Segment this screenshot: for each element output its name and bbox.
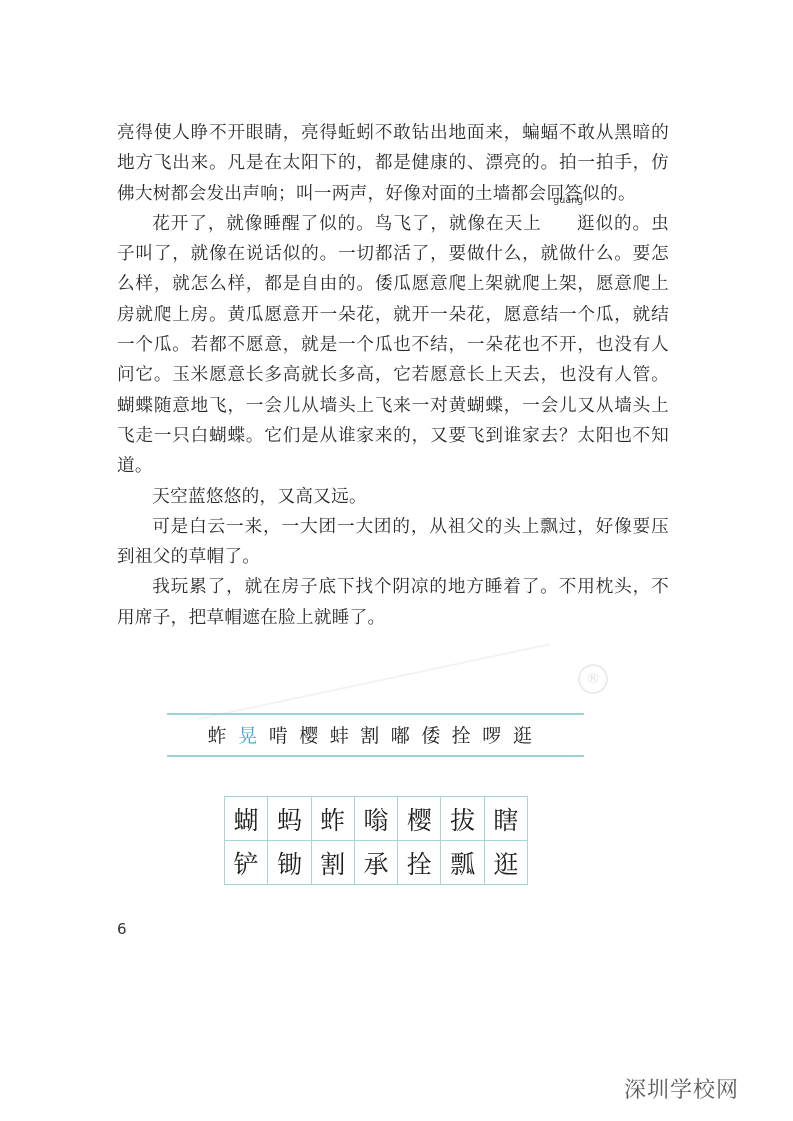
recognize-char: 逛 — [513, 725, 544, 747]
write-char-cell: 拴 — [398, 841, 441, 885]
write-char-cell: 蝴 — [225, 797, 268, 841]
write-char-cell: 承 — [355, 841, 398, 885]
write-char-cell: 嗡 — [355, 797, 398, 841]
write-char-cell: 铲 — [225, 841, 268, 885]
recognize-char: 晃 — [238, 725, 269, 747]
band-top-rule — [167, 713, 584, 715]
pinyin-annotated-char: guàng逛 — [542, 209, 595, 239]
paragraph-4: 可是白云一来，一大团一大团的，从祖父的头上飘过，好像要压到祖父的草帽了。 — [117, 512, 669, 573]
write-char-cell: 蚂 — [268, 797, 311, 841]
site-watermark: 深圳学校网 — [624, 1073, 739, 1104]
recognize-char: 樱 — [299, 725, 330, 747]
recognize-char: 倭 — [421, 725, 452, 747]
write-char-cell: 逛 — [485, 841, 528, 885]
textbook-page: 亮得使人睁不开眼睛，亮得蚯蚓不敢钻出地面来，蝙蝠不敢从黑暗的地方飞出来。凡是在太… — [0, 0, 793, 1121]
write-char-cell: 拔 — [441, 797, 484, 841]
annotated-char: 逛 — [577, 214, 595, 234]
recognize-char: 蚱 — [208, 725, 239, 747]
write-char-cell: 樱 — [398, 797, 441, 841]
paragraph-5: 我玩累了，就在房子底下找个阴凉的地方睡着了。不用枕头，不用席子，把草帽遮在脸上就… — [117, 572, 669, 633]
passage-text: 亮得使人睁不开眼睛，亮得蚯蚓不敢钻出地面来，蝙蝠不敢从黑暗的地方飞出来。凡是在太… — [117, 118, 669, 633]
pinyin-annotation: guàng — [553, 196, 583, 206]
write-char-cell: 割 — [312, 841, 355, 885]
watermark-stroke — [197, 643, 562, 778]
recognize-characters-list: 蚱晃啃樱蚌割嘟倭拴啰逛 — [167, 721, 584, 748]
registered-watermark-icon: ® — [578, 664, 608, 694]
write-char-cell: 瓢 — [441, 841, 484, 885]
paragraph-2: 花开了，就像睡醒了似的。鸟飞了，就像在天上guàng逛似的。虫子叫了，就像在说话… — [117, 209, 669, 482]
recognize-char: 蚌 — [330, 725, 361, 747]
recognize-char: 嘟 — [391, 725, 422, 747]
writing-characters-grid: 蝴蚂蚱嗡樱拔瞎铲锄割承拴瓢逛 — [224, 796, 528, 885]
recognize-char: 啃 — [269, 725, 300, 747]
write-char-cell: 锄 — [268, 841, 311, 885]
write-char-cell: 瞎 — [485, 797, 528, 841]
recognize-characters-band: 蚱晃啃樱蚌割嘟倭拴啰逛 — [167, 713, 584, 757]
write-char-cell: 蚱 — [312, 797, 355, 841]
recognize-char: 割 — [360, 725, 391, 747]
recognize-char: 啰 — [482, 725, 513, 747]
paragraph-2-before: 花开了，就像睡醒了似的。鸟飞了，就像在天上 — [152, 214, 542, 234]
page-number: 6 — [117, 920, 127, 938]
band-bottom-rule — [167, 755, 584, 757]
paragraph-3: 天空蓝悠悠的，又高又远。 — [117, 482, 669, 512]
recognize-char: 拴 — [452, 725, 483, 747]
paragraph-1: 亮得使人睁不开眼睛，亮得蚯蚓不敢钻出地面来，蝙蝠不敢从黑暗的地方飞出来。凡是在太… — [117, 118, 669, 209]
paragraph-2-after: 似的。虫子叫了，就像在说话似的。一切都活了，要做什么，就做什么。要怎么样，就怎么… — [117, 214, 669, 476]
